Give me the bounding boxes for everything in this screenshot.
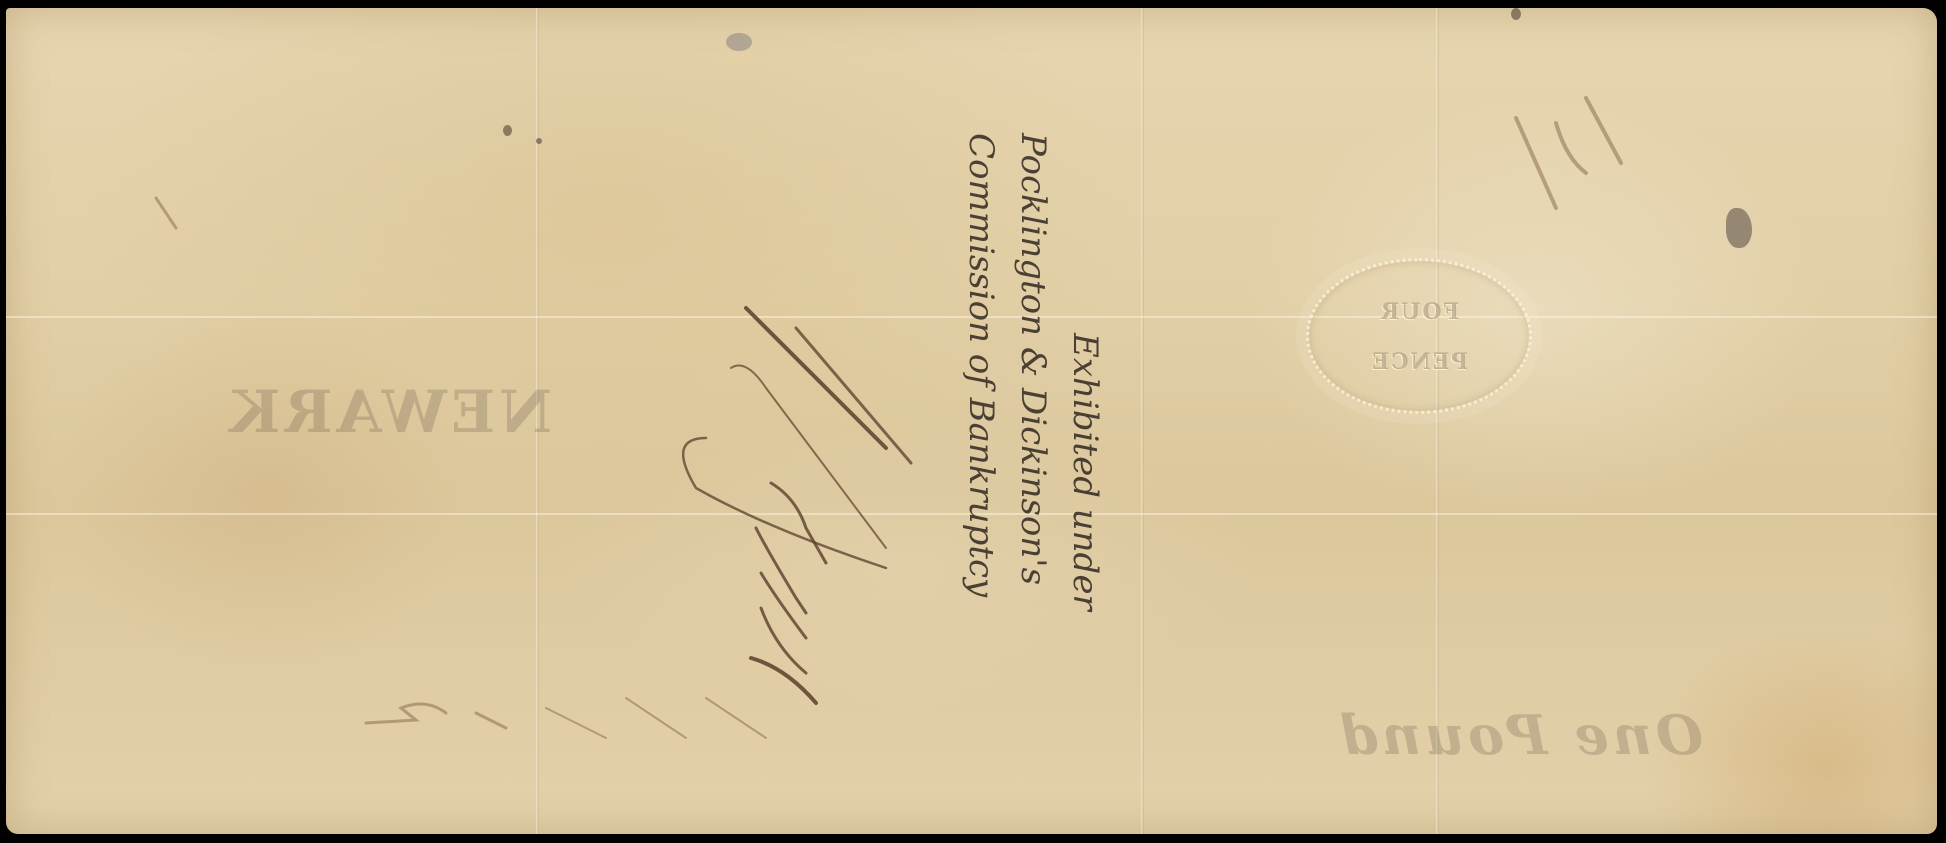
ink-spot [1511, 8, 1521, 20]
ink-spot [536, 138, 542, 144]
banknote-reverse: NEWARK One Pound Exhibited under Pocklin… [6, 8, 1937, 834]
stain [726, 33, 752, 51]
signature-strokes [6, 8, 1937, 834]
ink-spot [503, 125, 512, 136]
dark-stain [1726, 208, 1752, 248]
